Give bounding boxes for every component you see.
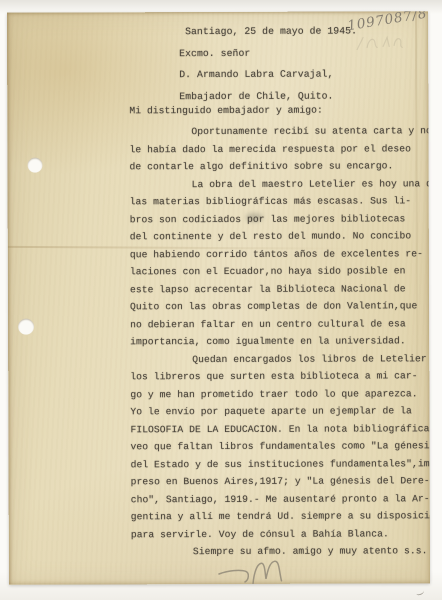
scanned-letter-page: { "page": { "background_color": "#fbfaf7…	[0, 0, 442, 600]
letter-line: laciones con el Ecuador,no haya sido pos…	[130, 262, 430, 281]
letter-line: La obra del maestro Letelier es hoy una …	[130, 175, 430, 194]
letter-addressee: Excmo. señorD. Armando Labra Carvajal,Em…	[179, 42, 357, 107]
letter-line: Mi distinguido embajador y amigo:	[129, 101, 430, 120]
letter-line: gentina y allí me tendrá Ud. siempre a s…	[131, 507, 430, 526]
letter-line: go y me han prometido traer todo lo que …	[130, 385, 430, 404]
letter-header: Santiago, 25 de mayo de 1945. Excmo. señ…	[179, 21, 357, 108]
signature-handwritten	[216, 552, 290, 585]
letter-line: que habiendo corrido tántos años de exce…	[130, 245, 430, 264]
letter-line: las materias bibliográficas más escasas.…	[130, 192, 430, 211]
letter-line: FILOSOFIA DE LA EDUCACION. En la nota bi…	[130, 420, 430, 439]
letter-line: no debieran faltar en un centro cultural…	[130, 315, 430, 334]
letter-line: preso en Buenos Aires,1917; y "La génesi…	[131, 472, 430, 491]
letter-line: Quito con las obras completas de don Val…	[130, 297, 430, 316]
catalog-number-handwritten: 1097087/812	[346, 11, 430, 34]
punch-hole-bottom	[18, 319, 34, 335]
letter-line: Oportunamente recibí su atenta carta y n…	[129, 122, 430, 141]
letter-line: Yo le envío por paquete aparte un ejempl…	[130, 402, 430, 421]
stray-mark	[415, 588, 424, 596]
letter-line: de contarle algo definitivo sobre su enc…	[130, 157, 430, 176]
letter-line: veo que faltan libros fundamentales como…	[130, 437, 430, 456]
letter-line: Quedan encargados los libros de Letelier…	[130, 350, 430, 369]
letter-line: los libreros que surten esta biblioteca …	[130, 367, 430, 386]
letter-line: cho", Santiago, 1919.- Me ausentaré pron…	[131, 490, 430, 509]
letter-line: le había dado la merecida respuesta por …	[129, 140, 430, 159]
letter-line: del continente y del resto del mundo. No…	[130, 227, 430, 246]
faint-pencil-mark	[353, 33, 405, 55]
letter-line: del Estado y de sus instituciones fundam…	[131, 455, 430, 474]
letter-line: importancia, como igualmente en la unive…	[130, 332, 430, 351]
letter-line: para servirle. Voy de cónsul a Bahía Bla…	[131, 525, 430, 544]
letter-body: Mi distinguido embajador y amigo:Oportun…	[129, 101, 430, 561]
letter-line: este lapso acrecentar la Biblioteca Naci…	[130, 280, 430, 299]
addressee-line: Excmo. señor	[179, 42, 357, 64]
letter-paper: Santiago, 25 de mayo de 1945. Excmo. señ…	[7, 11, 430, 584]
punch-hole-top	[28, 158, 43, 173]
addressee-line: D. Armando Labra Carvajal,	[179, 64, 357, 86]
letter-line: bros son codiciados por las mejores bibl…	[130, 210, 430, 229]
letter-date: Santiago, 25 de mayo de 1945.	[179, 21, 357, 43]
